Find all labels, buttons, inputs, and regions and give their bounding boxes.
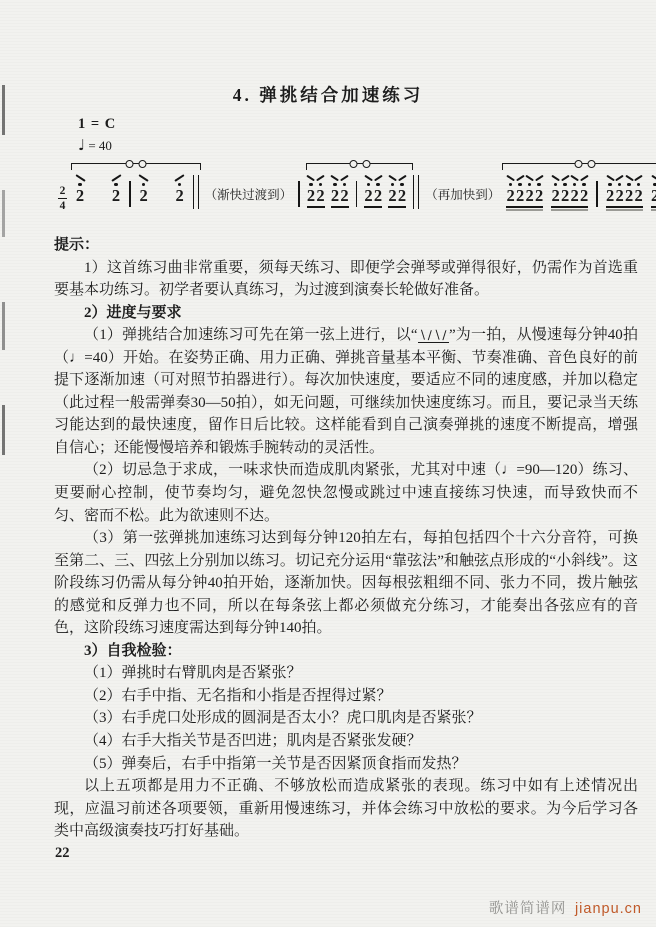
- measure: 22222222: [602, 177, 656, 212]
- tan-stroke-icon: [75, 174, 85, 182]
- beam-group: 2222: [606, 177, 643, 204]
- measure: 22222222: [502, 177, 592, 212]
- check-item-2: （2）右手中指、无名指和小指是否捏得过紧？: [54, 685, 638, 708]
- note: 2: [535, 177, 544, 204]
- tan-stroke-icon: [307, 175, 316, 182]
- phrase-bracket: [502, 163, 656, 170]
- watermark-site-name: 歌谱简谱网: [489, 901, 567, 917]
- phrase-sixteenth-notes: 2222222222222222: [502, 163, 656, 212]
- tan-stroke-icon: [625, 175, 634, 182]
- tiao-stroke-icon: [615, 175, 624, 182]
- note-digit: 2: [561, 188, 569, 205]
- bracket-circle-icon: [574, 160, 582, 168]
- note-digit: 2: [570, 188, 578, 205]
- tiao-stroke-icon: [516, 175, 525, 182]
- measure: 2222: [304, 177, 352, 212]
- note-digit: 2: [506, 188, 514, 205]
- tan-stroke-icon: [506, 175, 515, 182]
- note: 2: [516, 177, 525, 204]
- note: 2: [580, 177, 589, 204]
- beam-group: 2222: [506, 177, 543, 204]
- note-digit: 2: [580, 188, 588, 205]
- tan-stroke-icon: [570, 175, 579, 182]
- progress-item-3: （3）第一弦弹挑加速练习达到每分钟120拍左右，每拍包括四个十六分音符，可换至第…: [54, 527, 638, 640]
- note-digit: 2: [388, 188, 396, 205]
- note: 2: [374, 177, 383, 204]
- tempo-marking: ♩ = 40: [78, 138, 116, 153]
- note-digit: 2: [175, 188, 183, 205]
- note: 2: [551, 177, 560, 204]
- beam-group: 2222: [651, 177, 656, 204]
- tan-stroke-icon: [364, 175, 373, 182]
- beam-group: 22: [388, 177, 406, 204]
- time-signature-numerator: 2: [60, 185, 66, 197]
- note: 2: [316, 177, 325, 204]
- tiao-stroke-icon: [634, 175, 643, 182]
- note: 2: [506, 177, 515, 204]
- tiao-stroke-icon: [398, 175, 407, 182]
- bracket-circle-icon: [138, 160, 146, 168]
- accelerando-label-2: （再加快到）: [423, 185, 502, 212]
- note-digit: 2: [535, 188, 543, 205]
- barline-single: [356, 181, 358, 207]
- beam-group: 2: [73, 177, 87, 204]
- tan-stroke-icon: [606, 175, 615, 182]
- beam-group: 2222: [551, 177, 588, 204]
- note: 2: [525, 177, 534, 204]
- hint-heading: 提示：: [54, 234, 638, 257]
- note: 2: [615, 177, 624, 204]
- note-digit: 2: [616, 188, 624, 205]
- body-text: 提示：1）这首练习曲非常重要，须每天练习、即便学会弹琴或弹得很好，仍需作为首选重…: [54, 234, 638, 843]
- tan-stroke-icon: [138, 174, 148, 182]
- note-digit: 2: [307, 188, 315, 205]
- note: 2: [137, 177, 151, 204]
- note-digit: 2: [516, 188, 524, 205]
- note: 2: [625, 177, 634, 204]
- note: 2: [173, 177, 187, 204]
- quarter-note-icon: ♩: [78, 136, 85, 154]
- beam-group: 2: [137, 177, 151, 204]
- tan-stroke-icon: [388, 175, 397, 182]
- note: 2: [398, 177, 407, 204]
- note: 2: [340, 177, 349, 204]
- note: 2: [307, 177, 316, 204]
- bracket-circle-icon: [349, 160, 357, 168]
- phrase-bracket: [306, 163, 413, 170]
- page-number: 22: [55, 845, 70, 862]
- note-digit: 2: [525, 188, 533, 205]
- music-score: 2 4 2222 （渐快过渡到） 22222222 （再加快到） 2222222…: [58, 163, 654, 212]
- note-digit: 2: [331, 188, 339, 205]
- tiao-stroke-icon: [374, 175, 383, 182]
- note: 2: [331, 177, 340, 204]
- tiao-stroke-icon: [340, 175, 349, 182]
- tan-stroke-icon: [525, 175, 534, 182]
- phrase-quarter-notes: 2222: [71, 163, 203, 212]
- note: 2: [651, 177, 656, 204]
- check-item-5: （5）弹奏后，右手中指第一关节是否因紧顶食指而发热？: [54, 753, 638, 776]
- scanned-music-book-page: 4. 弹挑结合加速练习 1 = C ♩ = 40 2 4 2222 （渐快过渡到…: [0, 0, 656, 927]
- measure: 2222: [361, 177, 409, 212]
- tan-stroke-icon: [551, 175, 560, 182]
- tiao-stroke-icon: [174, 174, 184, 182]
- time-signature-line: [58, 198, 67, 199]
- note-digit: 2: [112, 188, 120, 205]
- bracket-circle-icon: [125, 160, 133, 168]
- note-digit: 2: [340, 188, 348, 205]
- phrase-bracket: [71, 163, 201, 170]
- scan-artifact-line: [2, 190, 5, 237]
- note: 2: [561, 177, 570, 204]
- beam-group: 2: [173, 177, 187, 204]
- measure: 22: [135, 177, 189, 212]
- note: 2: [109, 177, 123, 204]
- time-signature: 2 4: [58, 185, 67, 212]
- note: 2: [606, 177, 615, 204]
- key-signature: 1 = C: [78, 117, 116, 132]
- note: 2: [570, 177, 579, 204]
- beam-group: 22: [307, 177, 325, 204]
- note-digit: 2: [606, 188, 614, 205]
- tan-stroke-icon: [651, 175, 656, 182]
- progress-item-1: （1）弹挑结合加速练习可先在第一弦上进行，以“∖∕∖∕”为一拍，从慢速每分钟40…: [54, 324, 638, 459]
- beam-group: 22: [364, 177, 382, 204]
- note: 2: [364, 177, 373, 204]
- note-digit: 2: [76, 188, 84, 205]
- watermark-site-url: jianpu.cn: [575, 901, 642, 917]
- barline-double: [413, 175, 419, 209]
- key-tempo-block: 1 = C ♩ = 40: [78, 117, 116, 153]
- tan-tiao-symbol: ∖∕∖∕: [418, 328, 449, 343]
- tiao-stroke-icon: [580, 175, 589, 182]
- beam-group: 2: [109, 177, 123, 204]
- page-title: 4. 弹挑结合加速练习: [0, 82, 656, 107]
- note-digit: 2: [364, 188, 372, 205]
- phrase-eighth-notes: 22222222: [294, 163, 423, 212]
- accelerando-label-1: （渐快过渡到）: [203, 185, 295, 212]
- barline-single: [596, 181, 598, 207]
- note-digit: 2: [551, 188, 559, 205]
- tempo-value: = 40: [88, 138, 112, 153]
- barline-double: [193, 175, 199, 209]
- check-item-3: （3）右手虎口处形成的圆洞是否太小？虎口肌肉是否紧张？: [54, 707, 638, 730]
- note-digit: 2: [635, 188, 643, 205]
- tiao-stroke-icon: [535, 175, 544, 182]
- tiao-stroke-icon: [316, 175, 325, 182]
- watermark: 歌谱简谱网 jianpu.cn: [489, 897, 642, 918]
- barline-single: [298, 181, 300, 207]
- note: 2: [388, 177, 397, 204]
- scan-artifact-line: [2, 405, 5, 455]
- note-digit: 2: [139, 188, 147, 205]
- tiao-stroke-icon: [111, 174, 121, 182]
- note-digit: 2: [625, 188, 633, 205]
- progress-item-2: （2）切忌急于求成，一味求快而造成肌肉紧张，尤其对中速（♩=90—120）练习、…: [54, 459, 638, 527]
- bracket-circle-icon: [587, 160, 595, 168]
- measure: 22: [71, 177, 125, 212]
- time-signature-denominator: 4: [60, 200, 66, 212]
- hint-item-1: 1）这首练习曲非常重要，须每天练习、即便学会弹琴或弹得很好，仍需作为首选重要基本…: [54, 257, 638, 302]
- note: 2: [634, 177, 643, 204]
- note-digit: 2: [398, 188, 406, 205]
- bracket-circle-icon: [362, 160, 370, 168]
- note-digit: 2: [374, 188, 382, 205]
- section-3-heading: 3）自我检验：: [54, 640, 638, 663]
- check-item-1: （1）弹挑时右臂肌肉是否紧张？: [54, 662, 638, 685]
- check-item-4: （4）右手大指关节是否凹进；肌肉是否紧张发硬？: [54, 730, 638, 753]
- beam-group: 22: [331, 177, 349, 204]
- barline-single: [129, 181, 131, 207]
- note-digit: 2: [651, 188, 656, 205]
- closing-paragraph: 以上五项都是用力不正确、不够放松而造成紧张的表现。练习中如有上述情况出现，应温习…: [54, 775, 638, 843]
- tiao-stroke-icon: [561, 175, 570, 182]
- note-digit: 2: [316, 188, 324, 205]
- tan-stroke-icon: [331, 175, 340, 182]
- scan-artifact-line: [2, 302, 5, 350]
- note: 2: [73, 177, 87, 204]
- section-2-heading: 2）进度与要求: [54, 302, 638, 325]
